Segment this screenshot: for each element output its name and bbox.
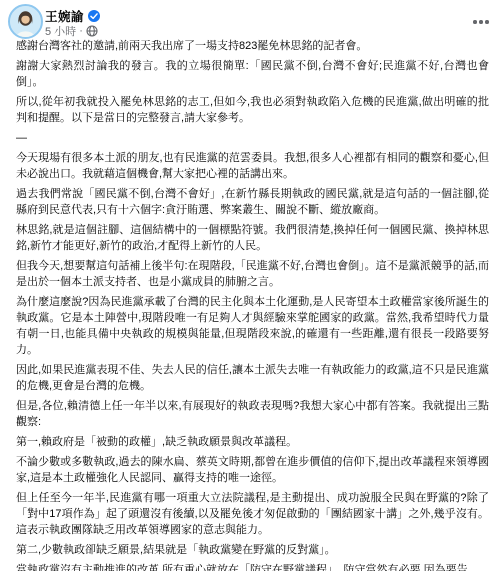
post-paragraph: 但是,各位,賴清德上任一年半以來,有展現好的執政表現嗎?我想大家心中都有答案。我…	[16, 398, 489, 430]
post-paragraph: 林思銘,就是這個註腳、這個結構中的一個標點符號。我們很清楚,換掉任何一個國民黨、…	[16, 222, 489, 254]
more-options-button[interactable]	[468, 12, 494, 32]
avatar[interactable]	[8, 4, 43, 39]
post-paragraph: 但上任至今一年半,民進黨有哪一項重大立法院議程,是主動提出、成功說服全民與在野黨…	[16, 490, 489, 538]
facebook-post: 王婉諭 5 小時 · 感謝台灣客社的邀請,前兩天我	[0, 0, 500, 571]
profile-photo-icon	[10, 6, 41, 37]
post-paragraph: 謝謝大家熱烈討論我的發言。我的立場很簡單:「國民黨不倒,台灣不會好;民進黨不好,…	[16, 58, 489, 90]
post-paragraph: 今天現場有很多本土派的朋友,也有民進黨的范雲委員。我想,很多人心裡都有相同的觀察…	[16, 150, 489, 182]
post-paragraph: 感謝台灣客社的邀請,前兩天我出席了一場支持823罷免林思銘的記者會。	[16, 38, 489, 54]
verified-badge-icon	[88, 10, 100, 22]
post-paragraph: 所以,從年初我就投入罷免林思銘的志工,但如今,我也必須對執政陷入危機的民進黨,做…	[16, 94, 489, 126]
post-header: 王婉諭 5 小時 ·	[0, 0, 500, 38]
post-paragraph: 但我今天,想要幫這句話補上後半句:在現階段,「民進黨不好,台灣也會倒」。這不是黨…	[16, 258, 489, 290]
post-text: 感謝台灣客社的邀請,前兩天我出席了一場支持823罷免林思銘的記者會。謝謝大家熱烈…	[0, 38, 500, 571]
post-paragraph: —	[16, 130, 489, 146]
post-paragraph: 不論少數或多數執政,過去的陳水扁、蔡英文時期,都曾在進步價值的信仰下,提出改革議…	[16, 454, 489, 486]
post-paragraph: 因此,如果民進黨表現不佳、失去人民的信任,讓本土派失去唯一有執政能力的政黨,這不…	[16, 362, 489, 394]
post-meta: 5 小時 ·	[45, 23, 98, 39]
post-paragraph: 當執政黨沒有主動推進的改革,所有重心就放在「防守在野黨議程」。防守當然有必要,因…	[16, 562, 489, 571]
post-paragraph: 第一,賴政府是「被動的政權」,缺乏執政願景與改革議程。	[16, 434, 489, 450]
globe-icon	[86, 25, 98, 37]
post-paragraph: 第二,少數執政卻缺乏願景,結果就是「執政黨變在野黨的反對黨」。	[16, 542, 489, 558]
timestamp[interactable]: 5 小時	[45, 23, 76, 39]
post-paragraph: 過去我們常說「國民黨不倒,台灣不會好」,在新竹縣長期執政的國民黨,就是這句話的一…	[16, 186, 489, 218]
more-options-icon	[479, 20, 483, 24]
more-options-icon	[485, 20, 489, 24]
more-options-icon	[473, 20, 477, 24]
post-paragraph: 為什麼這麼說?因為民進黨承載了台灣的民主化與本土化運動,是人民寄望本土政權當家後…	[16, 294, 489, 358]
meta-separator: ·	[79, 25, 83, 37]
